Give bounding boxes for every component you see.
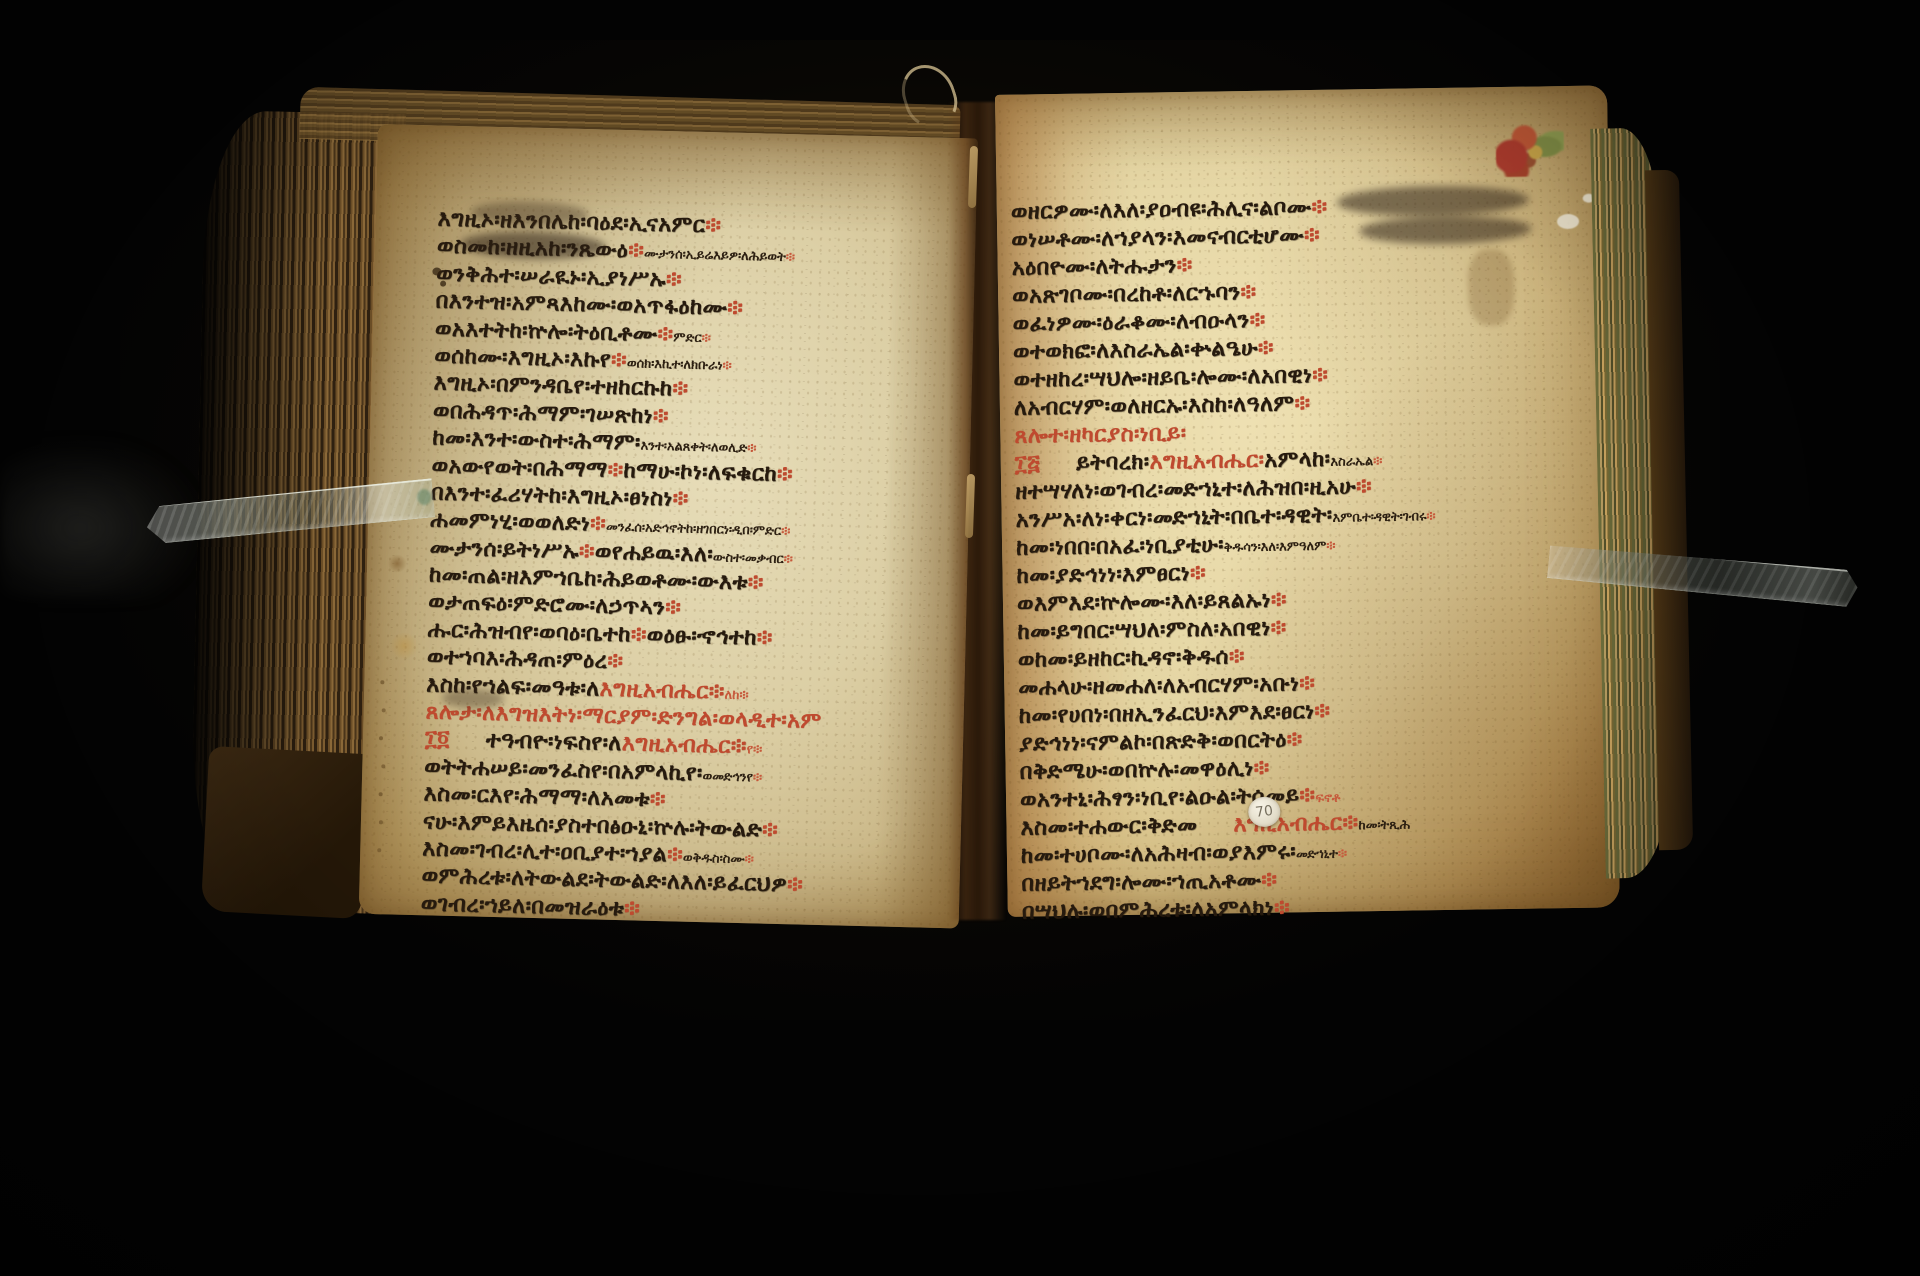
rubric-text: ፲፬ [425,727,450,753]
rubric-text: ፨ [1249,308,1265,333]
rubric-text: ፨ [1294,391,1310,416]
rubric-text: ፨ [1311,195,1327,220]
body-text: ወእምእደ፡ኵሎሙ፡እለ፡ይጸልኡነ [1017,588,1271,617]
body-text: ከመ፡ነበበ፡በአፈ፡ነቢያቲሁ፡ [1016,532,1224,560]
body-text: ለአብርሃም፡ወለዘርኡ፡እስከ፡ለዓለም [1014,391,1295,420]
body-text: ተዓብዮ፡ነፍስየ፡ለ [486,728,622,756]
rubric-text: ፨ [1426,509,1435,524]
body-text: ዘተሣሃለነ፡ወገብረ፡መድኀኒተ፡ለሕዝበ፡ዚአሁ [1015,474,1356,504]
body-text: ወተዘከረ፡ሣህሎ፡ዘይቤ፡ሎሙ፡ለአበዊነ [1013,363,1312,393]
rubric-text: ፨ [590,512,607,537]
rubric-text: የ፨ [747,743,763,758]
body-text: ከመ፡ይግበር፡ሣህለ፡ምስለ፡አበዊነ [1017,616,1271,645]
pricking-holes [380,680,384,684]
rubric-text: ፨ [657,321,674,346]
body-text: እስመ፡ተሐውር፡ቅድመ [1020,813,1197,841]
rubric-text: ፨ [1356,474,1372,499]
rubric-text: ፨ [722,358,732,373]
rubric-text: ፨ [1299,671,1315,696]
rubric-text: ፨ [1312,363,1328,388]
body-text: ወሰከሙ፡እግዚኦ፡እኩየ [434,343,611,372]
rubric-text: ፨ [727,296,744,321]
body-text: እግዚኦ፡በምንዳቤየ፡ተዘከርኩከ [433,371,672,402]
rubric-text: ፨ [784,552,794,567]
rubric-text: ፨ [1299,783,1315,808]
rubric-text: ፨ [753,770,763,785]
body-text: በዘይትኀደግ፡ሎሙ፡ኀጢአቶሙ [1021,868,1261,897]
body-text: እስራኤል [1330,454,1373,470]
body-text: ወዕፁ፡ኆኅተከ [647,623,758,651]
left-page: እግዚኦ፡ዘእንበሌከ፡ባዕደ፡ኢናአምር፨ወስመከ፡ዘዚአከ፡ንጼውዕ፨ሙታን… [359,124,978,928]
rubric-text: ፨ [1261,868,1277,893]
rubric-text: ፨ [672,377,689,402]
rubric-text: እግዚአብሔር፨ [599,676,725,704]
body-text: ወዘርዎሙ፡ለእለ፡ያዐብዩ፡ሕሊና፡ልቦሙ [1011,195,1312,225]
body-text: በእንተ፡ፈሪሃትከ፡እግዚኦ፡ፀነስነ [431,480,673,511]
rubric-text: ፨ [672,486,689,511]
rubric-text: ጸሎተ፡ዘካርያስ፡ነቢይ፡ [1014,421,1186,449]
rubric-text: ፨ [701,331,711,346]
inline-gap [1197,831,1233,832]
rubric-text: ፨ [1338,847,1347,862]
rubric-text: ፨ [1271,587,1287,612]
manuscript-photo: እግዚኦ፡ዘእንበሌከ፡ባዕደ፡ኢናአምር፨ወስመከ፡ዘዚአከ፡ንጼውዕ፨ሙታን… [0,0,1920,1276]
rubric-text: ፨ [631,622,648,647]
body-text: ሐመምነሂ፡ወወለድነ [430,508,590,537]
rubric-text: ፨ [666,267,683,292]
rubric-text: ፨ [1304,223,1320,248]
left-page-text: እግዚኦ፡ዘእንበሌከ፡ባዕደ፡ኢናአምር፨ወስመከ፡ዘዚአከ፡ንጼውዕ፨ሙታን… [421,205,834,927]
rubric-text: ፨ [745,852,755,867]
rubric-text: ፨ [1190,561,1206,586]
rubric-text: ፍኖቶ [1315,791,1340,806]
body-text: ሑር፡ሕዝብየ፡ወባዕ፡ቤተከ [427,617,631,647]
body-text: መሐላሁ፡ዘመሐለ፡ለአብርሃም፡አቡነ [1018,671,1299,700]
leather-cover-bottom-left [201,746,369,919]
body-text: ወገብረ፡ኀይለ፡በመዝራዕቱ [421,891,625,921]
rubric-text: ፨ [579,539,596,564]
body-text: ይትባረክ፡ [1076,450,1150,476]
rubric-text: እግዚአብሔር፨ [621,732,747,760]
body-text: ወንቅሕተ፡ሠራዪኑ፡ኢያነሥኡ [436,261,666,292]
body-text: እምቤተ፡ዳዊት፡ገብሩ [1332,509,1426,525]
body-text: ያድኅነነ፡ናምልኮ፡በጽድቅ፡ወበርትዕ [1019,728,1287,757]
rubric-text: ፨ [1253,756,1269,781]
body-text: መንፈሰ፡አድኅኖትከ፡ዘገበርነ፡ዲበ፡ምድር [606,520,782,539]
body-text: ወበሕዳጥ፡ሕማም፡ገሠጽከነ [433,398,654,428]
body-text: ወአውየወት፡በሕማማ [431,453,608,482]
rubric-text: ፨ [757,625,774,650]
body-text: ከመ፡ተሀቦሙ፡ለአሕዛብ፡ወያእምሩ፡ [1021,839,1296,868]
body-text: ወከመ፡ይዘከር፡ኪዳኖ፡ቅዱሰ [1018,644,1229,672]
rubric-text: ፨ [653,404,670,429]
rubric-text: ፨ [1286,727,1302,752]
body-text: ከመ፡የሀበነ፡በዘኢንፈርህ፡እምእደ፡ፀርነ [1019,699,1315,729]
ink-ghost-marks [1467,249,1514,326]
body-text: አዕበዮሙ፡ለትሑታን [1012,253,1177,281]
inline-gap [450,746,486,747]
body-text: ወቅዱስ፡ስሙ [683,851,745,868]
inline-gap [1040,470,1076,471]
rubric-text: ፨ [667,842,684,867]
body-text: እስመ፡ርእየ፡ሕማማ፡ለአመቱ [423,782,650,813]
body-text: ወነሠቶሙ፡ለኀያላን፡እመናብርቲሆሙ [1011,223,1304,253]
body-text: እንተ፡አልጸቀት፡ለወሊድ [640,439,747,457]
body-text: በቅድሜሁ፡ወበኵሉ፡መዋዕሊነ [1019,756,1253,785]
body-text: አንሥአ፡ለነ፡ቀርነ፡መድኀኒት፡በቤተ፡ዳዊት፡ [1015,503,1332,533]
body-text: ወታጠፍዕ፡ምድሮሙ፡ለኃጥኣን [428,590,666,621]
rubric-text: ፨ [1258,336,1274,361]
body-text: ቅዱሳን፡እለ፡እምዓለም [1224,539,1327,556]
rubric-text: ፨ [1373,454,1382,469]
rubric-text: ፨ [1326,539,1335,554]
body-text: ሙታንሰ፡ይትነሥኡ [429,535,579,564]
rubric-text: ፨ [607,457,624,482]
rubric-text: ፨ [1176,253,1192,278]
right-page-text: ወዘርዎሙ፡ለእለ፡ያዐብዩ፡ሕሊና፡ልቦሙ፨ወነሠቶሙ፡ለኀያላን፡እመናብር… [1011,192,1442,927]
body-text: ወፈነዎሙ፡ዕራቆሙ፡ለብዑላን [1012,308,1249,337]
rubric-text: ፨ [1270,615,1286,640]
body-text: ከመ፡ያድኅነነ፡እምፀርነ [1016,561,1190,589]
body-text: ወተኀባእ፡ሕዳጠ፡ምዕረ [427,645,608,674]
body-text: ወተወክፎ፡ለእስራኤል፡ቍልዔሁ [1013,336,1258,365]
rubric-text: ፲፭ [1015,451,1041,476]
rubric-text: ፨ [748,570,765,595]
rubric-text: ፨ [665,596,682,621]
rubric-text: ፨ [1240,280,1256,305]
body-text: ወመድኅንየ [702,769,753,785]
rubric-text: ፨ [611,348,628,373]
body-text: መድኀኒተ [1296,847,1338,863]
body-text: ወአጽገቦሙ፡በረከቶ፡ለርኁባን [1012,280,1241,309]
rubric-text: ፨ [787,873,804,898]
body-text: ወአእተትከ፡ኵሎ፡ትዕቢቶሙ [435,316,658,346]
rubric-text: ፨ [781,524,791,539]
body-text: ወየሐይዉ፡እለ፡ [595,539,714,567]
rubric-text: ፨ [624,896,641,921]
rubric-text: ፨ [607,649,624,674]
body-text: ሙታንሰ፡ኢይሬእይዎ፡ለሕይወት [644,247,786,265]
rubric-text: ፨ [786,250,796,265]
rubric-text: ፨ [650,787,667,812]
rubric-text: ፨ [705,213,722,238]
body-text: ውስተ፡መቃብር [713,550,784,567]
rubric-text: ፨ [747,441,757,456]
right-page: ወዘርዎሙ፡ለእለ፡ያዐብዩ፡ሕሊና፡ልቦሙ፨ወነሠቶሙ፡ለኀያላን፡እመናብር… [995,85,1620,917]
rubric-text: ፨ [1229,644,1245,669]
body-text: ከማሁ፡ኮነ፡ለፍቁርከ [623,458,777,487]
rubric-text: ፨ [1274,895,1290,920]
rubric-text: ፨ [777,461,794,486]
body-text: አምላከ፡ [1264,447,1330,473]
folio-number: 70 [1254,803,1274,821]
body-text: ምድር [673,330,702,346]
body-text: ከመ፡እንተ፡ውስተ፡ሕማም፡ [432,426,641,456]
rubric-text: እግዚአብሔር፡ [1149,448,1264,475]
body-text: ወሰክ፡እኪተ፡ለክቡራነ [627,356,723,373]
rubric-text: ፨ [1314,699,1330,724]
body-text: በሣህሉ፡ወበምሕረቱ፡ለአምላክነ [1022,896,1275,925]
body-text: ከመ፡ትጺሕ [1358,818,1410,834]
rubric-text: ፨ [628,239,645,264]
pressed-flower-ornament [1496,122,1565,177]
rubric-text: ለከ፨ [724,687,748,703]
rubric-text: ፨ [762,817,779,842]
